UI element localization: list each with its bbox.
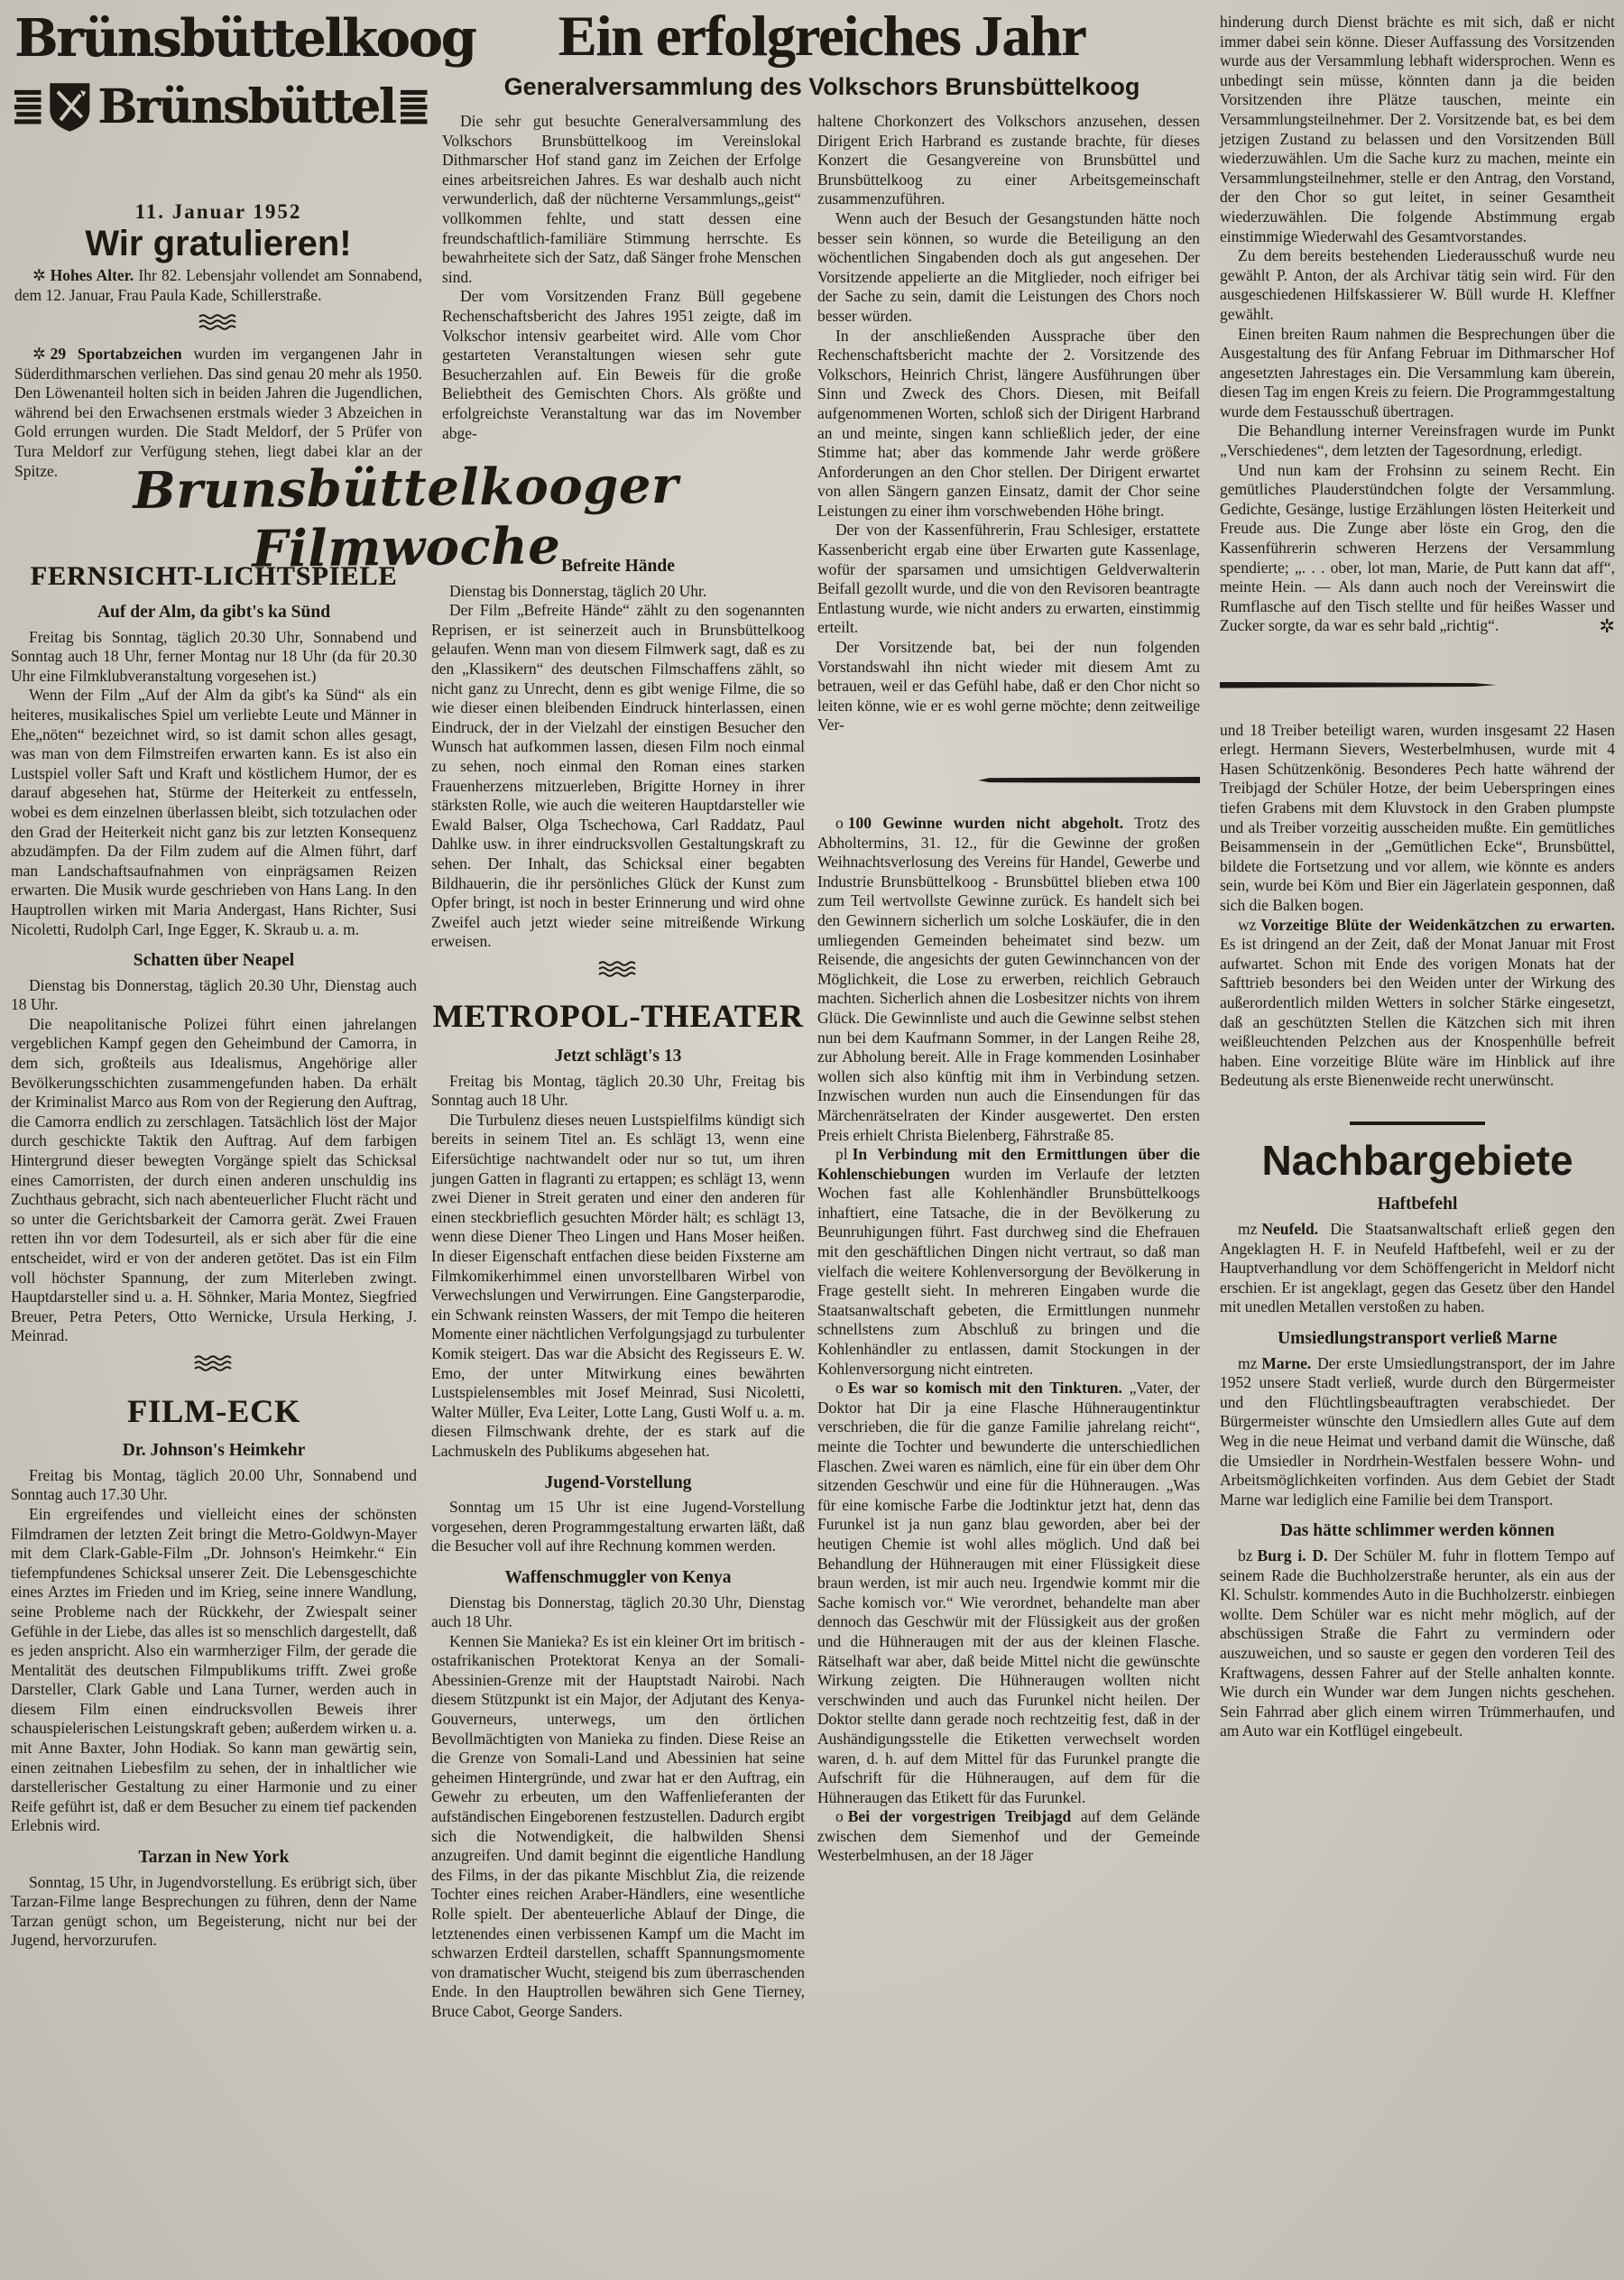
paragraph: Ein ergreifendes und vielleicht eines de… xyxy=(11,1505,417,1836)
masthead-title-line2-row: Brünsbüttel xyxy=(14,73,428,142)
subheading: Haftbefehl xyxy=(1220,1195,1615,1214)
item-lead: Burg i. D. xyxy=(1258,1546,1328,1565)
squiggle-ornament-icon xyxy=(431,960,805,983)
paragraph: Zu dem bereits bestehenden Liederausschu… xyxy=(1220,246,1615,324)
item-prefix: o xyxy=(835,1807,844,1825)
subheading: Schatten über Neapel xyxy=(11,951,417,971)
paragraph: Sonntag, 15 Uhr, in Jugendvorstellung. E… xyxy=(11,1873,417,1951)
item-lead: Hohes Alter. xyxy=(51,266,134,284)
news-item: oBei der vorgestrigen Treibjagd auf dem … xyxy=(817,1807,1200,1866)
paragraph: Die Turbulenz dieses neuen Lustspielfilm… xyxy=(431,1111,805,1462)
item-lead: In Verbindung mit den Ermittlungen über … xyxy=(817,1145,1200,1183)
left-news-column: 11. Januar 1952 Wir gratulieren! ✲Hohes … xyxy=(14,202,422,481)
item-prefix: ✲ xyxy=(32,345,46,363)
paragraph: Freitag bis Montag, täglich 20.30 Uhr, F… xyxy=(431,1072,805,1111)
article-column-1: Die sehr gut besuchte Generalversammlung… xyxy=(442,112,801,443)
paragraph: Sonntag um 15 Uhr ist eine Jugend-Vorste… xyxy=(431,1498,805,1556)
subheading: Auf der Alm, da gibt's ka Sünd xyxy=(11,603,417,623)
squiggle-ornament-icon xyxy=(11,1354,417,1378)
film-column-2: Befreite HändeDienstag bis Donnerstag, t… xyxy=(431,545,805,2022)
paragraph: hinderung durch Dienst brächte es mit si… xyxy=(1220,13,1615,246)
item-lead: Marne. xyxy=(1261,1354,1311,1372)
item-lead: 100 Gewinne wurden nicht abgeholt. xyxy=(848,814,1123,832)
spacer xyxy=(1220,637,1615,655)
news-item: o100 Gewinne wurden nicht abgeholt. Trot… xyxy=(817,814,1200,1145)
congrats-items: ✲Hohes Alter. Ihr 82. Lebensjahr vollend… xyxy=(14,266,422,481)
subheading: Das hätte schlimmer werden können xyxy=(1220,1521,1615,1541)
subheading: Befreite Hände xyxy=(431,557,805,577)
cinema-heading: FERNSICHT-LICHTSPIELE xyxy=(11,561,417,591)
masthead-title-line1: Brünsbüttelkoog xyxy=(14,13,428,64)
paragraph: Freitag bis Sonntag, täglich 20.30 Uhr, … xyxy=(11,628,417,687)
item-prefix: bz xyxy=(1238,1546,1253,1565)
item-prefix: mz xyxy=(1238,1220,1257,1238)
squiggle-ornament-icon xyxy=(14,313,422,337)
flag-stripes-icon xyxy=(401,82,428,133)
paragraph: Der vom Vorsitzenden Franz Büll gegebene… xyxy=(442,287,801,443)
film-column-1: FERNSICHT-LICHTSPIELEAuf der Alm, da gib… xyxy=(11,545,417,1951)
tapered-divider xyxy=(1220,682,1497,688)
subheading: Umsiedlungstransport verließ Marne xyxy=(1220,1329,1615,1349)
paragraph: Einen breiten Raum nahmen die Besprechun… xyxy=(1220,325,1615,422)
right-column-and-neighbors: hinderung durch Dienst brächte es mit si… xyxy=(1220,13,1615,1741)
subheading: Jetzt schlägt's 13 xyxy=(431,1047,805,1066)
paragraph: Dienstag bis Donnerstag, täglich 20.30 U… xyxy=(11,976,417,1015)
paragraph: Die Behandlung interner Vereinsfragen wu… xyxy=(1220,421,1615,460)
news-item: mzMarne. Der erste Umsiedlungstransport,… xyxy=(1220,1354,1615,1510)
item-lead: 29 Sportabzeichen xyxy=(51,345,182,363)
item-prefix: wz xyxy=(1238,916,1256,934)
congrats-heading: Wir gratulieren! xyxy=(14,235,422,254)
paragraph: Freitag bis Montag, täglich 20.00 Uhr, S… xyxy=(11,1466,417,1505)
paragraph: Der Vorsitzende bat, bei der nun folgend… xyxy=(817,638,1200,735)
section-heading: Nachbargebiete xyxy=(1220,1138,1615,1184)
paragraph: Der Film „Befreite Hände“ zählt zu den s… xyxy=(431,601,805,952)
masthead: Brünsbüttelkoog Brünsbüttel xyxy=(14,13,428,142)
tapered-divider xyxy=(978,777,1200,783)
paragraph: und 18 Treiber beteiligt waren, wurden i… xyxy=(1220,721,1615,916)
subheading: Waffenschmuggler von Kenya xyxy=(431,1568,805,1588)
paragraph: Wenn der Film „Auf der Alm da gibt's ka … xyxy=(11,686,417,939)
news-item: bzBurg i. D. Der Schüler M. fuhr in flot… xyxy=(1220,1546,1615,1741)
subheading: Tarzan in New York xyxy=(11,1848,417,1868)
news-item: wzVorzeitige Blüte der Weidenkätzchen zu… xyxy=(1220,916,1615,1091)
subheading: Jugend-Vorstellung xyxy=(431,1473,805,1493)
paragraph: Dienstag bis Donnerstag, täglich 20.30 U… xyxy=(431,1593,805,1632)
item-prefix: o xyxy=(835,1379,844,1397)
paragraph: Die sehr gut besuchte Generalversammlung… xyxy=(442,112,801,287)
coat-of-arms-icon xyxy=(48,73,92,142)
item-lead: Neufeld. xyxy=(1261,1220,1318,1238)
spacer xyxy=(1220,1091,1615,1102)
item-prefix: mz xyxy=(1238,1354,1257,1372)
item-prefix: o xyxy=(835,814,844,832)
paragraph: Und nun kam der Frohsinn zu seinem Recht… xyxy=(1220,461,1615,636)
cinema-heading: METROPOL-THEATER xyxy=(431,999,805,1035)
issue-date: 11. Januar 1952 xyxy=(14,202,422,222)
article-column-2-and-local-news: haltene Chorkonzert des Volkschors anzus… xyxy=(817,112,1200,1866)
section-rule xyxy=(1350,1122,1485,1125)
flag-stripes-icon xyxy=(14,82,42,133)
paragraph: Die neapolitanische Polizei führt einen … xyxy=(11,1015,417,1346)
article-header: Ein erfolgreiches Jahr Generalversammlun… xyxy=(442,5,1202,101)
masthead-title-line2: Brünsbüttel xyxy=(97,84,394,131)
newspaper-page: Brünsbüttelkoog Brünsbüttel xyxy=(0,0,1624,2280)
cinema-heading: FILM-ECK xyxy=(11,1394,417,1430)
item-lead: Es war so komisch mit den Tinkturen. xyxy=(848,1379,1122,1397)
article-headline: Ein erfolgreiches Jahr xyxy=(442,5,1202,66)
news-item: plIn Verbindung mit den Ermittlungen übe… xyxy=(817,1145,1200,1379)
item-prefix: pl xyxy=(835,1145,848,1163)
spacer xyxy=(817,735,1200,752)
subheading: Dr. Johnson's Heimkehr xyxy=(11,1441,417,1461)
paragraph: Wenn auch der Besuch der Gesangstunden h… xyxy=(817,209,1200,327)
item-prefix: ✲ xyxy=(32,266,46,284)
paragraph: In der anschließenden Aussprache über de… xyxy=(817,327,1200,522)
news-item: oEs war so komisch mit den Tinkturen. „V… xyxy=(817,1379,1200,1807)
paragraph: Dienstag bis Donnerstag, täglich 20 Uhr. xyxy=(431,582,805,602)
paragraph: haltene Chorkonzert des Volkschors anzus… xyxy=(817,112,1200,209)
item-lead: Vorzeitige Blüte der Weidenkätzchen zu e… xyxy=(1260,916,1615,934)
paragraph: Der von der Kassenführerin, Frau Schlesi… xyxy=(817,521,1200,638)
article-subhead: Generalversammlung des Volkschors Brunsb… xyxy=(442,73,1202,101)
news-item: ✲Hohes Alter. Ihr 82. Lebensjahr vollend… xyxy=(14,266,422,305)
paragraph: Kennen Sie Manieka? Es ist ein kleiner O… xyxy=(431,1632,805,2022)
item-lead: Bei der vorgestrigen Treibjagd xyxy=(848,1807,1071,1825)
news-item: mzNeufeld. Die Staatsanwaltschaft erließ… xyxy=(1220,1220,1615,1317)
